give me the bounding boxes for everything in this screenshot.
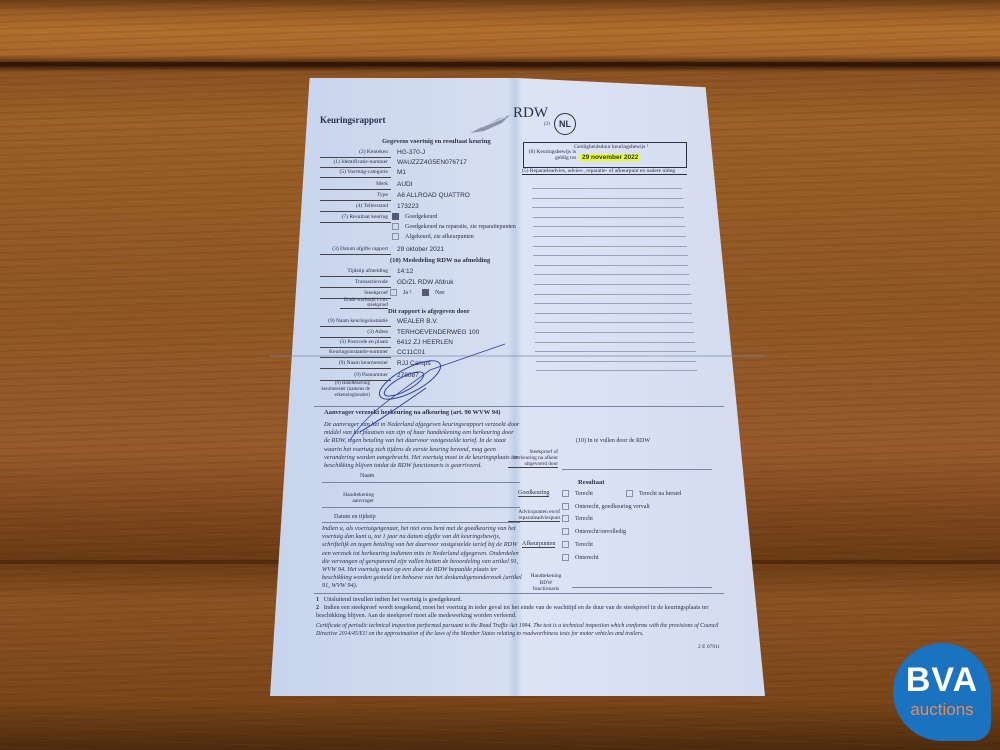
applicant-signature-label: Handtekening aanvrager — [338, 492, 374, 504]
ruled-line — [534, 284, 690, 285]
checkbox — [626, 490, 633, 497]
performed-by-label: Steekproef of herkeuring na afkeur uitge… — [508, 449, 558, 468]
validity-date-highlighted: 29 november 2022 — [580, 154, 640, 161]
ruled-line — [534, 265, 689, 266]
result-option-approved: Goedgekeurd — [392, 213, 437, 220]
checkbox — [562, 515, 569, 522]
country-code-ref: (2) — [544, 122, 550, 127]
handwritten-signature — [330, 340, 510, 450]
ruled-line — [536, 370, 697, 371]
field-registration: (2) KentekenHG-370-J — [320, 148, 510, 158]
rdw-signature-line — [572, 587, 712, 588]
checkbox — [562, 541, 569, 548]
plank-gap — [0, 62, 1000, 66]
validity-title: Geldigheidsduur keuringsbewijs ¹ — [574, 144, 648, 150]
issued-by-heading: Dit rapport is afgegeven door — [388, 308, 470, 315]
ruled-line — [536, 361, 697, 362]
ruled-line — [532, 188, 682, 189]
ruled-line — [535, 322, 693, 323]
notice-section-heading: (10) Mededeling RDW na afmelding — [390, 257, 490, 264]
rejection-unjustified: Onterecht — [562, 554, 599, 561]
footnote-2: 2 Indien een steekproef wordt toegekend,… — [316, 604, 726, 620]
spot-check-wait-label: Einde wachttijd i.v.m. steekproef — [340, 298, 388, 309]
ruled-line — [535, 313, 693, 314]
field-report-date: (3) Datum afgifte rapport29 oktober 2021 — [320, 245, 510, 255]
ruled-line — [534, 303, 691, 304]
result-option-approved-after-repair: Goedgekeurd na reparatie, zie reparatiep… — [392, 223, 516, 230]
rdw-signature-label: Handtekening RDW functionaris — [526, 573, 566, 594]
applicant-name-line — [322, 482, 520, 483]
advice-points-label: Advicspunten en/of reparatieadviespunt — [508, 509, 560, 522]
field-transaction-code: TransactiecodeGD/ZL RDW Afdruk — [320, 278, 510, 288]
checkbox — [562, 503, 569, 510]
checkbox — [392, 223, 399, 230]
approval-justified-after-repair: Terecht na herstel — [626, 490, 682, 497]
field-make: MerkAUDI — [320, 180, 510, 190]
ruled-line — [535, 332, 694, 333]
bva-logo-subtext: auctions — [893, 700, 991, 720]
issuer-name: RDW — [513, 105, 548, 122]
field-vin: (1) Identificatie-nummerWAUZZZ4G5EN07671… — [320, 158, 510, 168]
ruled-line — [533, 226, 685, 227]
ruled-line — [533, 217, 685, 218]
checkbox-checked — [422, 289, 429, 296]
rdw-section-heading: (10) In te vullen door de RDW — [576, 438, 650, 444]
validity-box: Geldigheidsduur keuringsbewijs ¹ (8) Keu… — [523, 142, 687, 168]
advice-justified: Terecht — [562, 515, 593, 522]
field-station-name: (9) Naam keuringsinstantieWEALER B.V. — [320, 317, 510, 327]
field-category: (5) Voertuig-categorieM1 — [320, 168, 510, 178]
form-code: 2 E 0701r — [698, 644, 720, 650]
field-deregistration-time: Tijdstip afmelding14:12 — [320, 267, 510, 277]
ruled-line — [533, 255, 687, 256]
footnote-1: 1 Uitsluitend invullen indien het voertu… — [316, 596, 726, 604]
advice-unjustified: Onterecht/onvolledig — [562, 528, 626, 535]
field-address: (3) AdresTERHOEVENDERWEG 100 — [320, 328, 510, 338]
checkbox — [562, 554, 569, 561]
field-type: TypeA6 ALLROAD QUATTRO — [320, 191, 510, 201]
result-heading: Resultaat — [578, 479, 604, 486]
bva-auctions-watermark: BVA auctions — [893, 643, 991, 741]
checkbox — [390, 289, 397, 296]
approval-label: Goedkeuring — [518, 490, 549, 497]
owner-reinspection-text: Indien u, als voertuigeigenaar, het niet… — [322, 525, 522, 591]
approval-unjustified: Onterecht, goedkeuring vervalt — [562, 503, 650, 510]
ruled-line — [535, 351, 695, 352]
performed-by-line — [562, 469, 712, 470]
spot-check-no: Nee — [422, 289, 445, 296]
validity-label: (8) Keuringsbewijs is geldig tot — [528, 149, 576, 161]
rejection-points-label: Afkeurpunten — [522, 541, 555, 548]
result-option-rejected: Afgekeurd, zie afkeurpunten — [392, 233, 474, 240]
checkbox — [392, 233, 399, 240]
checkbox-checked — [392, 213, 399, 220]
ruled-line — [532, 198, 683, 199]
rdw-logo-icon — [468, 113, 512, 135]
vehicle-section-heading: Gegevens voertuig en resultaat keuring — [382, 138, 491, 145]
ruled-line — [532, 207, 683, 208]
approval-justified: Terecht — [562, 490, 593, 497]
applicant-signature-line — [322, 507, 520, 508]
ruled-line — [533, 246, 687, 247]
document-title: Keuringsrapport — [320, 115, 386, 125]
rejection-justified: Terecht — [562, 541, 593, 548]
field-odometer: (4) Tellerstand173223 — [320, 202, 510, 212]
repair-advice-label: (5) Reparatieadvies, advies-, reparatie-… — [522, 168, 687, 175]
ruled-line — [534, 294, 691, 295]
bva-logo-text: BVA — [893, 661, 991, 700]
datetime-line — [322, 522, 520, 523]
datetime-label: Datum en tijdstip — [334, 514, 376, 520]
applicant-name-label: Naam — [360, 473, 374, 479]
divider — [314, 593, 724, 594]
certificate-text: Certificate of periodic technical inspec… — [316, 623, 726, 638]
spot-check-yes: Ja ² — [390, 289, 411, 296]
ruled-line — [534, 274, 689, 275]
checkbox — [562, 528, 569, 535]
country-code-badge: NL — [554, 113, 576, 135]
ruled-line — [533, 236, 686, 237]
ruled-line — [535, 342, 695, 343]
checkbox — [562, 490, 569, 497]
